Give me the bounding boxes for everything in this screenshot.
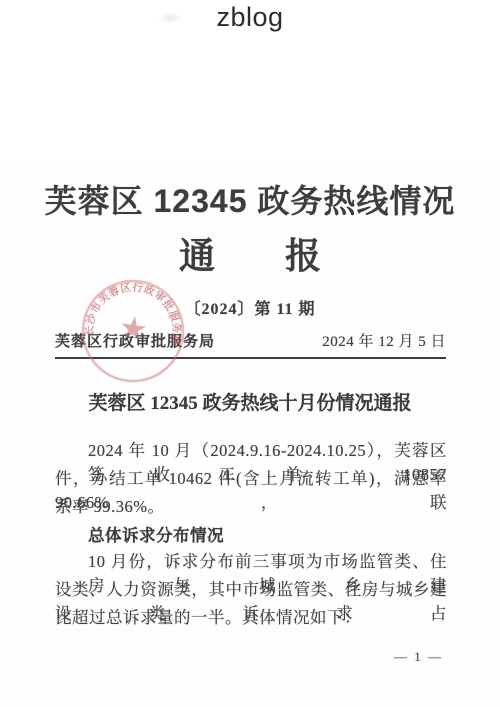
document-scan: 芙蓉区 12345 政务热线情况 通报 〔2024〕第 11 期 芙蓉区行政审批… bbox=[0, 44, 500, 707]
title-char-tong: 通 bbox=[179, 235, 215, 276]
title-char-bao: 报 bbox=[285, 235, 321, 276]
issue-number: 〔2024〕第 11 期 bbox=[0, 296, 500, 319]
site-header: zblog bbox=[0, 0, 500, 44]
page: zblog 芙蓉区 12345 政务热线情况 通报 〔2024〕第 11 期 芙… bbox=[0, 0, 500, 707]
paragraph1-line3: 系率 99.36%。 bbox=[55, 495, 447, 519]
svg-text:长沙市芙蓉区行政审批服务局: 长沙市芙蓉区行政审批服务局 bbox=[82, 274, 190, 350]
document-title-line2: 通报 bbox=[0, 228, 500, 279]
paragraph2-line3: 比超过总诉求量的一半。具体情况如下： bbox=[55, 606, 447, 630]
official-seal-stamp: 长沙市芙蓉区行政审批服务局 bbox=[71, 269, 195, 393]
site-logo-icon bbox=[157, 12, 183, 24]
document-subtitle: 芙蓉区 12345 政务热线十月份情况通报 bbox=[0, 388, 500, 415]
document-title-line1: 芙蓉区 12345 政务热线情况 bbox=[0, 176, 500, 222]
site-title-link[interactable]: zblog bbox=[216, 2, 283, 33]
seal-star-icon bbox=[120, 314, 148, 341]
issue-date: 2024 年 12 月 5 日 bbox=[322, 330, 446, 351]
seal-arc-text: 长沙市芙蓉区行政审批服务局 bbox=[82, 274, 190, 350]
section-heading: 总体诉求分布情况 bbox=[88, 522, 224, 546]
page-number: — 1 — bbox=[394, 649, 443, 665]
